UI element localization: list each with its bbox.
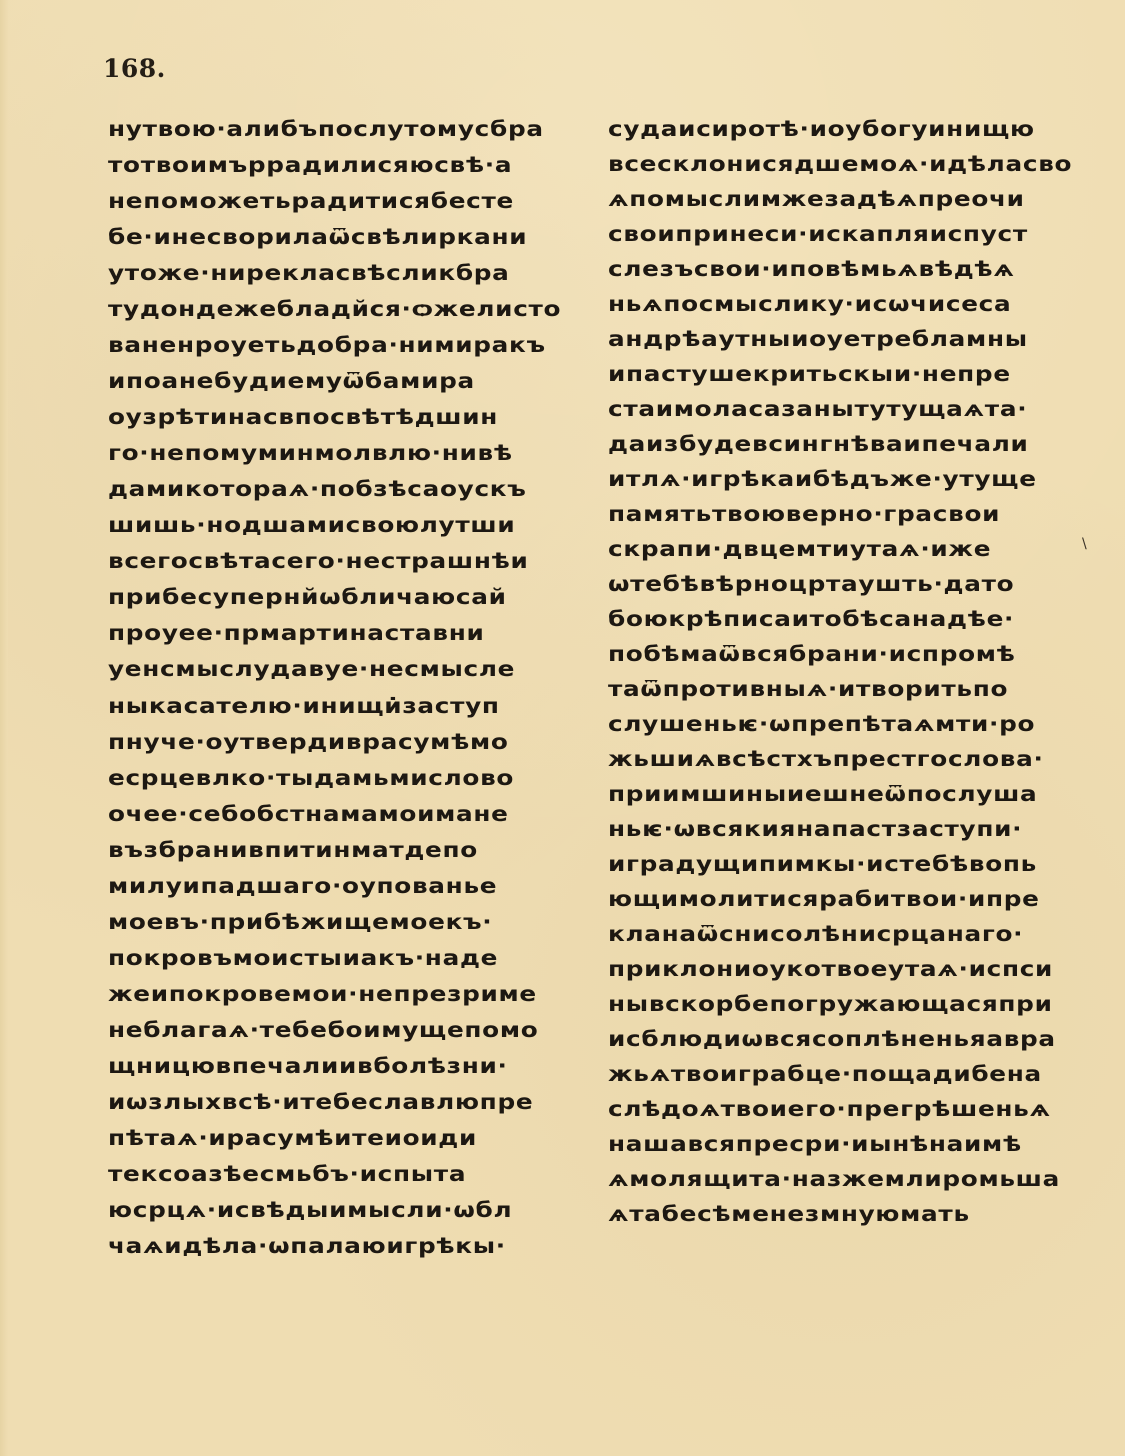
manuscript-line: тудондежебладйся·ѻжелисто — [108, 292, 637, 328]
manuscript-line: кланаѿснисолѣнисрцанаго· — [608, 917, 1125, 952]
manuscript-line: тексоаз­ѣесмьбъ·испыта — [108, 1157, 637, 1193]
manuscript-line: покровъмоистыиакъ·наде — [108, 941, 637, 977]
margin-mark: \ — [1082, 536, 1087, 552]
manuscript-line: таѿпротивныѧ·итворитьпо — [608, 672, 1125, 707]
manuscript-line: моевъ·прибѣжищемоекъ· — [108, 905, 637, 941]
manuscript-line: пѣтаѧ·ирасумѣитеиоиди — [108, 1121, 637, 1157]
manuscript-line: ѧпомыслимжезадѣѧпреочи — [608, 182, 1125, 217]
left-text-column: нутвою·алибъпослуто­мусбратотвоимъррадил… — [108, 112, 568, 1265]
manuscript-line: пнуче·оутвердиврасумѣмо — [108, 725, 637, 761]
manuscript-line: ипоанебудиемуѿбамира — [108, 364, 637, 400]
manuscript-line: възбранивпитинматдепо — [108, 833, 637, 869]
manuscript-line: оузрѣтинасвпосвѣтѣдшин — [108, 400, 637, 436]
manuscript-line: ѧмолящита·назжемлиромьша — [608, 1162, 1125, 1197]
page-edge — [0, 0, 8, 1456]
manuscript-line: слушеньѥ·ѡпрепѣтаѧмти·ро — [608, 707, 1125, 742]
manuscript-line: жьшиѧвсѣстхъпрестгослова· — [608, 742, 1125, 777]
manuscript-line: боюкрѣписаитобѣсанадѣе· — [608, 602, 1125, 637]
manuscript-line: дамикотораѧ·побзѣсаоускъ — [108, 472, 637, 508]
manuscript-line: утоже·нирекласвѣсликбра — [108, 256, 637, 292]
manuscript-line: тотвоимъррадилисяюсвѣ·а — [108, 148, 637, 184]
manuscript-line: приклониоукотвоеутаѧ·испси — [608, 952, 1125, 987]
manuscript-line: памятьтвоюверно·грасвои — [608, 497, 1125, 532]
manuscript-line: андрѣаутныиоуетребламны — [608, 322, 1125, 357]
manuscript-line: побѣмаѿвсябрани·испромѣ — [608, 637, 1125, 672]
manuscript-line: бе·инесворилаѿсвѣлиркани — [108, 220, 637, 256]
manuscript-line: исблюдиѡвсясоплѣненьяавра — [608, 1022, 1125, 1057]
manuscript-line: своипринеси·искапляиспуст — [608, 217, 1125, 252]
manuscript-line: юсрцѧ·исвѣдыимысли·ѡбл — [108, 1193, 637, 1229]
manuscript-line: чаѧидѣла·ѡпалаюигрѣкы· — [108, 1229, 637, 1265]
manuscript-line: слезъсвои·иповѣмьѧвѣдѣѧ — [608, 252, 1125, 287]
manuscript-line: неблагаѧ·тебебоимущепомо — [108, 1013, 637, 1049]
manuscript-line: жьѧтвоиграбце·пощадибена — [608, 1057, 1125, 1092]
manuscript-line: непоможетьрадитисябесте — [108, 184, 637, 220]
manuscript-line: даизбудевсингнѣваипечали — [608, 427, 1125, 462]
manuscript-line: ющимолитисярабитвои·ипре — [608, 882, 1125, 917]
manuscript-line: очее·себобстнамамоимане — [108, 797, 637, 833]
manuscript-line: ньѧпосмыслику·исѡчисеса — [608, 287, 1125, 322]
manuscript-line: щницювпечалиивболѣзни· — [108, 1049, 637, 1085]
manuscript-line: стаимоласазанытутущаѧта· — [608, 392, 1125, 427]
manuscript-line: иѡзлыхвсѣ·итебеславлюпре — [108, 1085, 637, 1121]
manuscript-line: слѣдоѧтвоиего·прегрѣшеньѧ — [608, 1092, 1125, 1127]
manuscript-line: скрапи·двцемтиутаѧ·ижe — [608, 532, 1125, 567]
manuscript-line: приимшиныиешнеѿпослуша — [608, 777, 1125, 812]
manuscript-line: милуипадшаго·оупованье — [108, 869, 637, 905]
manuscript-line: ѡтебѣвѣрноцртаушть·дато — [608, 567, 1125, 602]
manuscript-line: итлѧ·игрѣкаибѣдъже·утуще — [608, 462, 1125, 497]
manuscript-facsimile-page: 168. нутвою·алибъпослуто­мусбратотвоимър… — [0, 0, 1125, 1456]
manuscript-line: нутвою·алибъпослуто­мусбра — [108, 112, 637, 148]
manuscript-line: есрцевлко·тыдамьмислово — [108, 761, 637, 797]
manuscript-line: жеипокровемои·непрезриме — [108, 977, 637, 1013]
manuscript-line: нывскорбепогружающасяпри — [608, 987, 1125, 1022]
page-number: 168. — [103, 54, 166, 83]
manuscript-line: судаисиротѣ·иоубогуинищю — [608, 112, 1125, 147]
manuscript-line: го·непомуминмолвлю·нивѣ — [108, 436, 637, 472]
manuscript-line: проуее·прмартинаставни — [108, 616, 637, 652]
manuscript-line: иградущипимкы·истебѣвопь — [608, 847, 1125, 882]
manuscript-line: ньѥ·ѡвсякиянапаст­заступи· — [608, 812, 1125, 847]
manuscript-line: ѧтабесѣменезмнуюмать — [608, 1197, 1125, 1232]
manuscript-line: ныкасателю·инищи̇заступ — [108, 689, 637, 725]
manuscript-line: всесклонисядшемоѧ·идѣласво — [608, 147, 1125, 182]
manuscript-line: ваненроуетьдобра·нимиракъ — [108, 328, 637, 364]
manuscript-line: ипастушекритьскыи·непре — [608, 357, 1125, 392]
manuscript-line: нашавсяпресри·иынѣнаимѣ — [608, 1127, 1125, 1162]
manuscript-line: прибесупернйѡбличаюсай — [108, 580, 637, 616]
right-text-column: судаисиротѣ·иоубогуинищювсесклонисядшемо… — [608, 112, 1088, 1232]
manuscript-line: уенсмыслудавуе·несмысле — [108, 652, 637, 688]
manuscript-line: всегосвѣтасего·Нестрашнѣи — [108, 544, 637, 580]
manuscript-line: шишь·нодшамисвоюлутши — [108, 508, 637, 544]
